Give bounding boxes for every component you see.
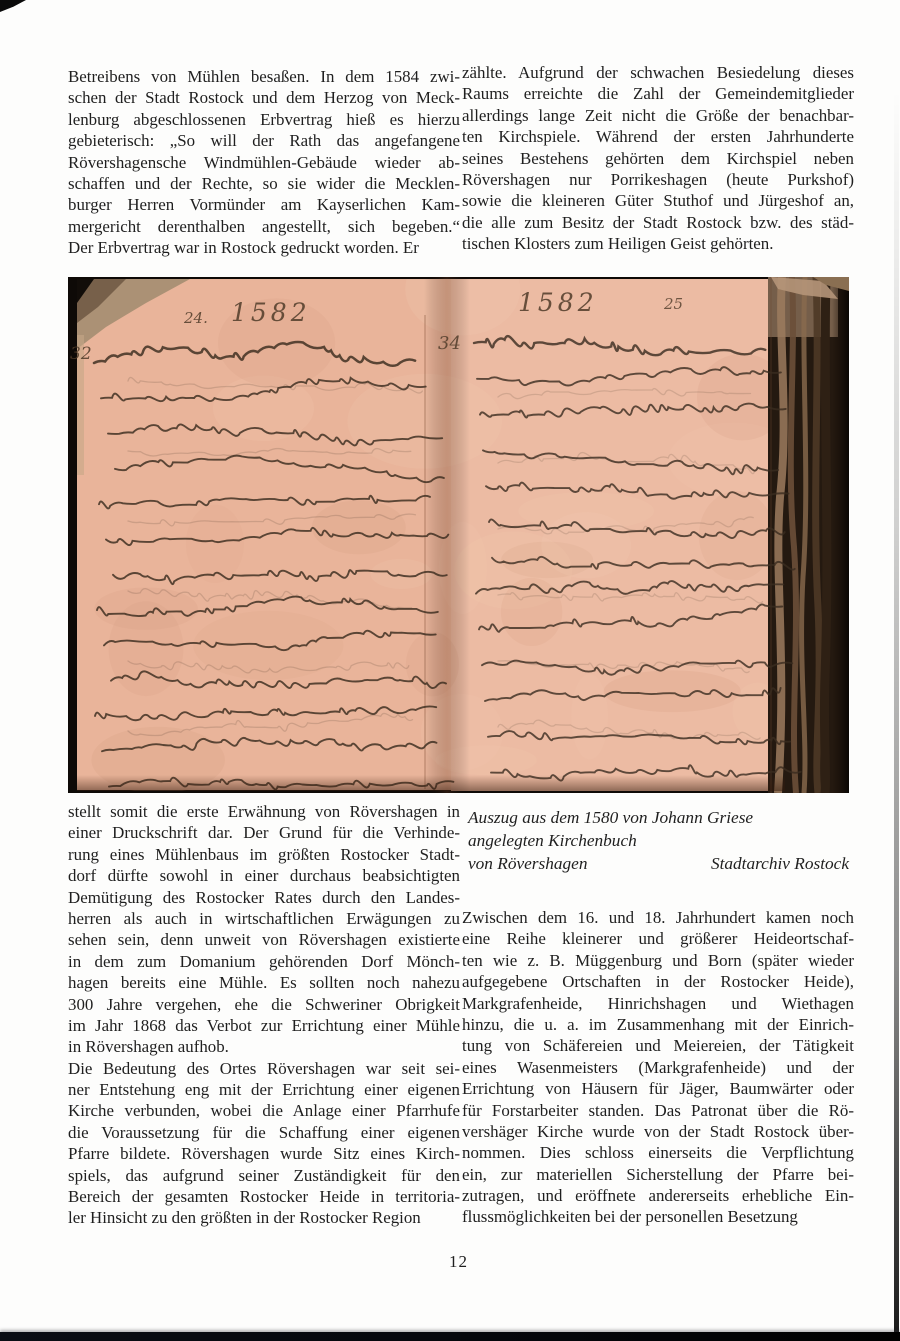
photo-left-folio: 24. — [183, 309, 208, 327]
kirchenbuch-photo-svg: 24. 1582 32 1582 25 34 — [68, 277, 849, 793]
text-line: Zwischen dem 16. und 18. Jahrhundert kam… — [462, 907, 854, 928]
text-line: spiels, das aufgrund seiner Zuständigkei… — [68, 1165, 460, 1186]
body-column-right-bottom: Zwischen dem 16. und 18. Jahrhundert kam… — [462, 907, 854, 1228]
text-line: schaffen und der Rechte, so sie wider di… — [68, 173, 460, 194]
text-line: die Voraussetzung für die Schaffung eine… — [68, 1122, 460, 1143]
text-line: mergericht derenthalben angestellt, sich… — [68, 216, 460, 237]
text-line: allerdings lange Zeit nicht die Größe de… — [462, 105, 854, 126]
text-line: ten wie z. B. Müggenburg und Born (späte… — [462, 950, 854, 971]
scanned-book-page: Betreibens von Mühlen besaßen. In dem 15… — [0, 0, 900, 1341]
text-line: lenburg abgeschlossenen Erbvertrag hieß … — [68, 109, 460, 130]
kirchenbuch-photo: 24. 1582 32 1582 25 34 — [68, 277, 849, 793]
text-line: tischen Klosters zum Heiligen Geist gehö… — [462, 233, 854, 254]
text-line: Betreibens von Mühlen besaßen. In dem 15… — [68, 66, 460, 87]
page-number: 12 — [68, 1252, 849, 1272]
text-line: Pfarre bildete. Rövershagen wurde Sitz e… — [68, 1143, 460, 1164]
text-line: zählte. Aufgrund der schwachen Besiedelu… — [462, 62, 854, 83]
text-line: herren als auch in wirtschaftlichen Erwä… — [68, 908, 460, 929]
caption-line-3: von Rövershagen — [468, 852, 588, 875]
text-line: Die Bedeutung des Ortes Rövershagen war … — [68, 1058, 460, 1079]
photo-left-year: 1582 — [231, 298, 311, 327]
photo-bottom-shadow — [77, 775, 785, 791]
paragraph: Die Bedeutung des Ortes Rövershagen war … — [68, 1058, 460, 1229]
photo-right-year: 1582 — [518, 288, 598, 317]
text-line: burger Herren Vormünder am Kayserlichen … — [68, 194, 460, 215]
scan-corner-artifact — [0, 0, 26, 12]
text-line: Rövershagen nur Porrikeshagen (heute Pur… — [462, 169, 854, 190]
text-line: hagen bereits eine Mühle. Es sollten noc… — [68, 972, 460, 993]
text-line: stellt somit die erste Erwähnung von Röv… — [68, 801, 460, 822]
text-line: für Forstarbeiter standen. Das Patronat … — [462, 1100, 854, 1121]
caption-line-1: Auszug aus dem 1580 von Johann Griese — [468, 806, 849, 829]
text-line: Kirche verbunden, wobei die Anlage einer… — [68, 1100, 460, 1121]
text-line: Errichtung von Häusern für Jäger, Baumwä… — [462, 1078, 854, 1099]
text-line: dorf dürfte sowohl in einer durchaus bea… — [68, 865, 460, 886]
text-line: Markgrafenheide, Hinrichshagen und Wieth… — [462, 993, 854, 1014]
page-edge-shadow-right — [894, 90, 899, 1341]
text-line: nommen. Dies schloss einerseits die Verp… — [462, 1142, 854, 1163]
page-edge-band-bottom — [0, 1332, 900, 1341]
text-line: rung eines Mühlenbaus im größten Rostock… — [68, 844, 460, 865]
text-line: zutragen, und eröffnete andererseits erh… — [462, 1185, 854, 1206]
text-line: die alle zum Besitz der Stadt Rostock bz… — [462, 212, 854, 233]
photo-left-margin-number: 32 — [70, 344, 92, 364]
photo-right-folio: 25 — [663, 295, 683, 313]
body-column-right-top: zählte. Aufgrund der schwachen Besiedelu… — [462, 62, 854, 255]
text-line: aufgegebene Ortschaften in der Rostocker… — [462, 971, 854, 992]
text-line: in Rövershagen aufhob. — [68, 1036, 460, 1057]
text-line: hinzu, die u. a. im Zusammenhang mit der… — [462, 1014, 854, 1035]
photo-caption: Auszug aus dem 1580 von Johann Griese an… — [468, 806, 849, 875]
text-line: seines Bestehens gehörten dem Kirchspiel… — [462, 148, 854, 169]
caption-credit: Stadtarchiv Rostock — [711, 852, 849, 875]
text-line: eines Wasenmeisters (Markgrafenheide) un… — [462, 1057, 854, 1078]
text-line: schen der Stadt Rostock und dem Herzog v… — [68, 87, 460, 108]
text-line: Demütigung des Rostocker Rates durch den… — [68, 887, 460, 908]
text-line: tung von Schäfereien und Meiereien, der … — [462, 1035, 854, 1056]
text-line: einer Druckschrift dar. Der Grund für di… — [68, 822, 460, 843]
text-line: flussmöglichkeiten bei der personellen B… — [462, 1206, 854, 1227]
text-line: Rövershagensche Windmühlen-Gebäude wiede… — [68, 152, 460, 173]
caption-line-2: angelegten Kirchenbuch — [468, 829, 849, 852]
text-line: Der Erbvertrag war in Rostock gedruckt w… — [68, 237, 460, 258]
photo-right-margin-number: 34 — [438, 333, 461, 354]
body-column-left-top: Betreibens von Mühlen besaßen. In dem 15… — [68, 66, 460, 259]
text-line: Bereich der gesamten Rostocker Heide in … — [68, 1186, 460, 1207]
text-line: ein, zur materiellen Sicherstellung der … — [462, 1164, 854, 1185]
text-line: 300 Jahre vergehen, ehe die Schweriner O… — [68, 994, 460, 1015]
text-line: vershäger Kirche wurde von der Stadt Ros… — [462, 1121, 854, 1142]
body-column-left-bottom: stellt somit die erste Erwähnung von Röv… — [68, 801, 460, 1229]
text-line: Raums erreichte die Zahl der Gemeindemit… — [462, 83, 854, 104]
text-line: im Jahr 1868 das Verbot zur Errichtung e… — [68, 1015, 460, 1036]
text-line: ner Entstehung eng mit der Errichtung ei… — [68, 1079, 460, 1100]
text-line: sehen sein, denn unweit von Rövershagen … — [68, 929, 460, 950]
paragraph: stellt somit die erste Erwähnung von Röv… — [68, 801, 460, 1058]
text-line: sowie die kleineren Güter Stuthof und Jü… — [462, 190, 854, 211]
text-line: in dem zum Domanium gehörenden Dorf Mönc… — [68, 951, 460, 972]
text-line: ler Hinsicht zu den größten in der Rosto… — [68, 1207, 460, 1228]
text-line: eine Reihe kleinerer und größerer Heideo… — [462, 928, 854, 949]
text-line: ten Kirchspiele. Während der ersten Jahr… — [462, 126, 854, 147]
text-line: gebieterisch: „So will der Rath das ange… — [68, 130, 460, 151]
